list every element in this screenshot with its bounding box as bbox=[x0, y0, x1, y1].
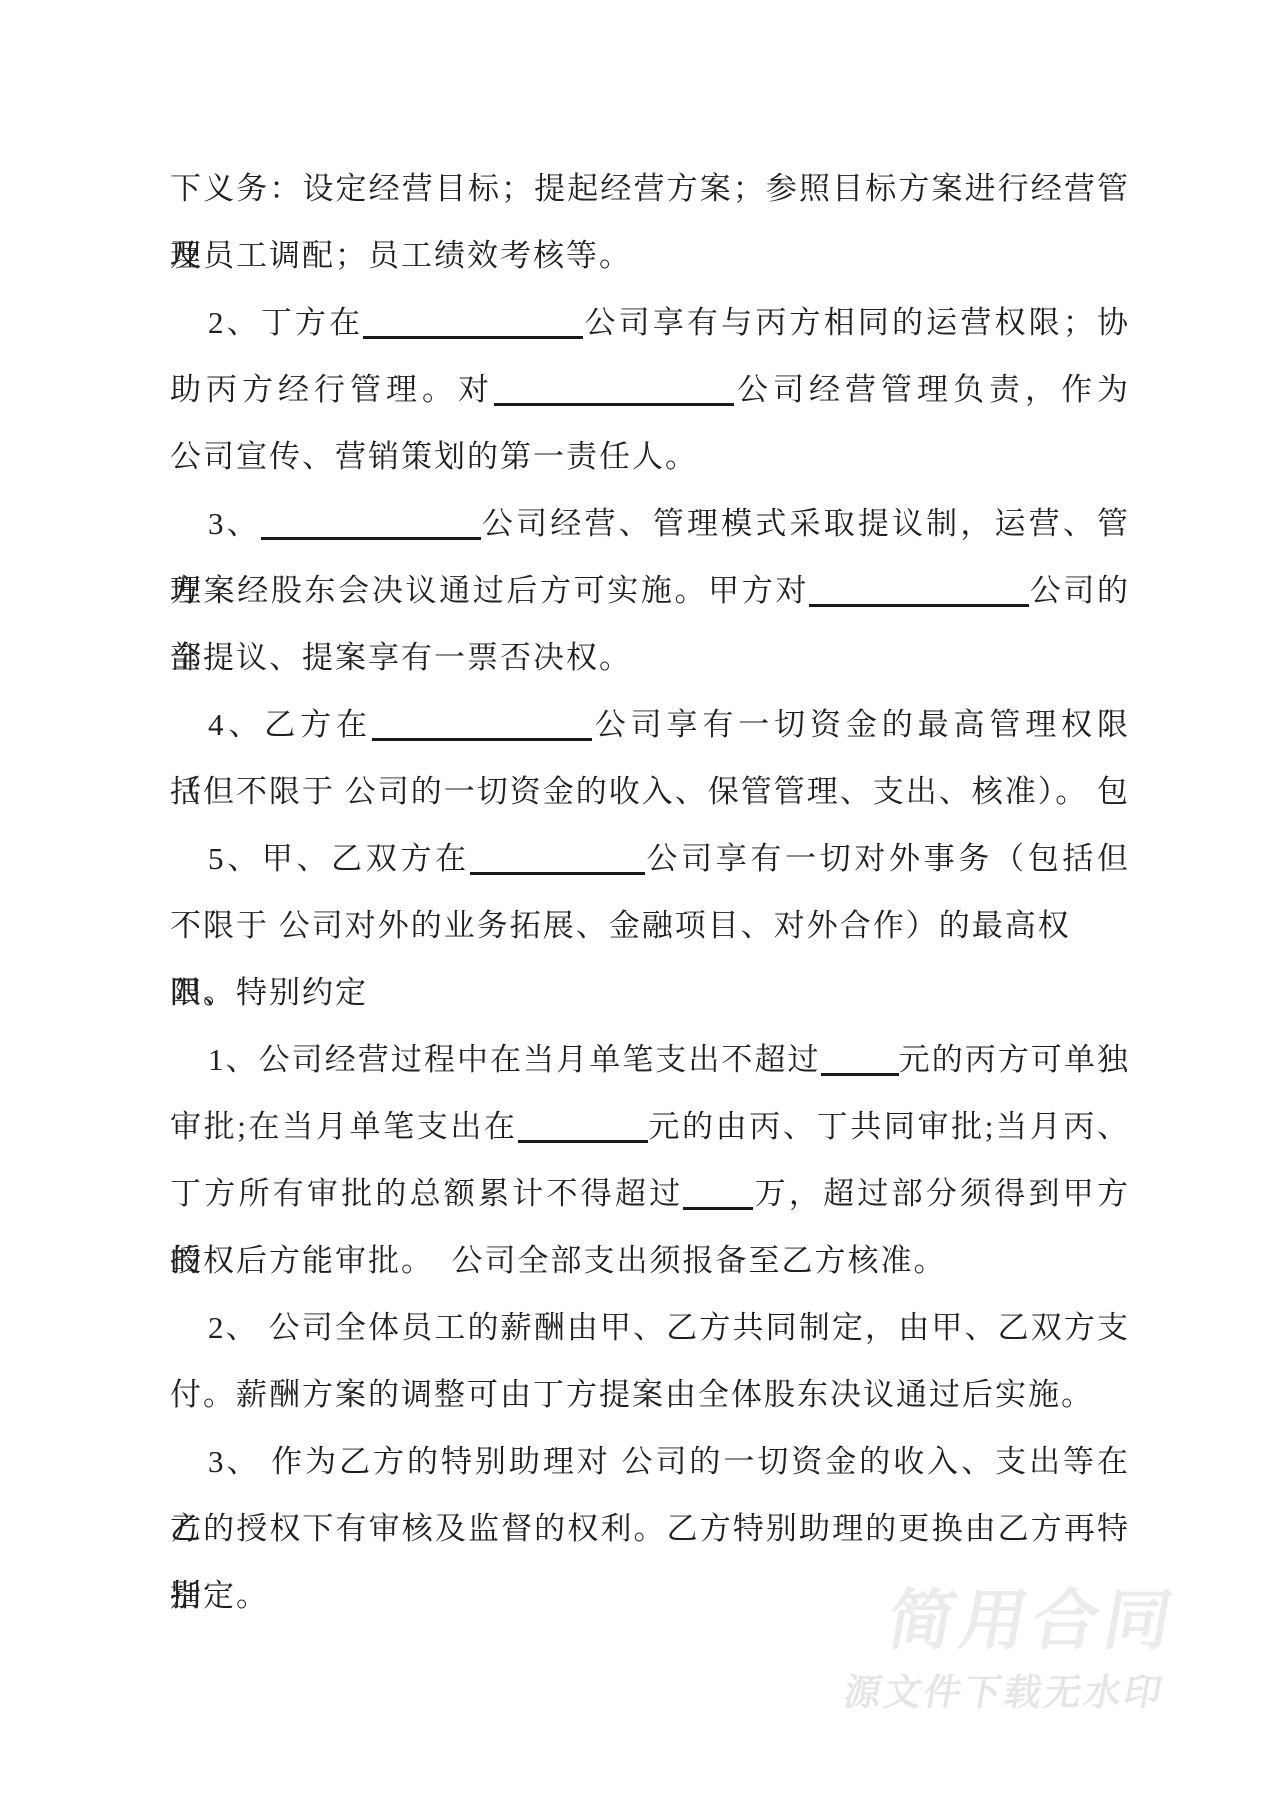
document-line: 丁方所有审批的总额累计不得超过万，超过部分须得到甲方的 bbox=[170, 1160, 1130, 1227]
line-text: 丁方所有审批的总额累计不得超过 bbox=[170, 1176, 683, 1211]
line-text: 公司享有一切对外事务（包括但 bbox=[645, 841, 1130, 876]
line-text: 2、丁方在 bbox=[208, 305, 363, 340]
document-line: 指定。 bbox=[170, 1562, 1130, 1629]
line-text: 四、特别约定 bbox=[170, 975, 368, 1010]
line-text: 授权后方能审批。 公司全部支出须报备至乙方核准。 bbox=[170, 1243, 947, 1278]
fill-in-blank bbox=[363, 306, 583, 339]
fill-in-blank bbox=[261, 507, 481, 540]
watermark-subtitle: 源文件下载无水印 bbox=[841, 1673, 1168, 1713]
line-text: 指定。 bbox=[170, 1578, 269, 1613]
line-text: 1、公司经营过程中在当月单笔支出不超过 bbox=[208, 1042, 821, 1077]
fill-in-blank bbox=[470, 842, 645, 875]
document-line: 及员工调配；员工绩效考核等。 bbox=[170, 222, 1130, 289]
document-line: 授权后方能审批。 公司全部支出须报备至乙方核准。 bbox=[170, 1227, 1130, 1294]
line-text: 元的丙方可单独 bbox=[899, 1042, 1130, 1077]
document-line: 公司宣传、营销策划的第一责任人。 bbox=[170, 423, 1130, 490]
line-text: 公司经营管理负责，作为 bbox=[734, 372, 1130, 407]
document-line: 1、公司经营过程中在当月单笔支出不超过元的丙方可单独 bbox=[170, 1026, 1130, 1093]
document-line: 方的授权下有审核及监督的权利。乙方特别助理的更换由乙方再特别 bbox=[170, 1495, 1130, 1562]
line-text: 部提议、提案享有一票否决权。 bbox=[170, 640, 632, 675]
document-line: 方案经股东会决议通过后方可实施。甲方对公司的全 bbox=[170, 557, 1130, 624]
document-line: 5、甲、乙双方在公司享有一切对外事务（包括但 bbox=[170, 825, 1130, 892]
document-line: 四、特别约定 bbox=[170, 959, 1130, 1026]
line-text: 付。薪酬方案的调整可由丁方提案由全体股东决议通过后实施。 bbox=[170, 1377, 1094, 1412]
document-line: 2、 公司全体员工的薪酬由甲、乙方共同制定，由甲、乙双方支 bbox=[170, 1294, 1130, 1361]
line-text: 方案经股东会决议通过后方可实施。甲方对 bbox=[170, 573, 809, 608]
document-line: 2、丁方在公司享有与丙方相同的运营权限；协 bbox=[170, 289, 1130, 356]
line-text: 括但不限于 公司的一切资金的收入、保管管理、支出、核准）。 bbox=[170, 774, 1088, 809]
line-text: 5、甲、乙双方在 bbox=[208, 841, 470, 876]
document-line: 助丙方经行管理。对公司经营管理负责，作为 bbox=[170, 356, 1130, 423]
line-text: 公司享有与丙方相同的运营权限；协 bbox=[583, 305, 1130, 340]
document-line: 3、 作为乙方的特别助理对 公司的一切资金的收入、支出等在乙 bbox=[170, 1428, 1130, 1495]
contract-document-page: 下义务：设定经营目标；提起经营方案；参照目标方案进行经营管理及员工调配；员工绩效… bbox=[0, 0, 1280, 1810]
line-text: 助丙方经行管理。对 bbox=[170, 372, 494, 407]
fill-in-blank bbox=[809, 574, 1029, 607]
fill-in-blank bbox=[494, 373, 734, 406]
document-line: 不限于 公司对外的业务拓展、金融项目、对外合作）的最高权限。 bbox=[170, 892, 1130, 959]
document-body: 下义务：设定经营目标；提起经营方案；参照目标方案进行经营管理及员工调配；员工绩效… bbox=[170, 155, 1130, 1629]
line-text: 2、 公司全体员工的薪酬由甲、乙方共同制定，由甲、乙双方支 bbox=[208, 1310, 1130, 1345]
document-line: 括但不限于 公司的一切资金的收入、保管管理、支出、核准）。 bbox=[170, 758, 1130, 825]
document-line: 4、乙方在公司享有一切资金的最高管理权限（包 bbox=[170, 691, 1130, 758]
line-text: 3、 bbox=[208, 506, 261, 541]
line-text: 4、乙方在 bbox=[208, 707, 372, 742]
line-text: 公司宣传、营销策划的第一责任人。 bbox=[170, 439, 698, 474]
document-line: 下义务：设定经营目标；提起经营方案；参照目标方案进行经营管理 bbox=[170, 155, 1130, 222]
document-line: 审批;在当月单笔支出在元的由丙、丁共同审批;当月丙、 bbox=[170, 1093, 1130, 1160]
line-text: 元的由丙、丁共同审批;当月丙、 bbox=[648, 1109, 1130, 1144]
document-line: 3、公司经营、管理模式采取提议制，运营、管理 bbox=[170, 490, 1130, 557]
fill-in-blank bbox=[372, 708, 592, 741]
fill-in-blank bbox=[518, 1110, 648, 1143]
fill-in-blank bbox=[821, 1043, 899, 1076]
line-text: 审批;在当月单笔支出在 bbox=[170, 1109, 518, 1144]
document-line: 部提议、提案享有一票否决权。 bbox=[170, 624, 1130, 691]
document-line: 付。薪酬方案的调整可由丁方提案由全体股东决议通过后实施。 bbox=[170, 1361, 1130, 1428]
line-text: 及员工调配；员工绩效考核等。 bbox=[170, 238, 632, 273]
fill-in-blank bbox=[683, 1177, 753, 1210]
